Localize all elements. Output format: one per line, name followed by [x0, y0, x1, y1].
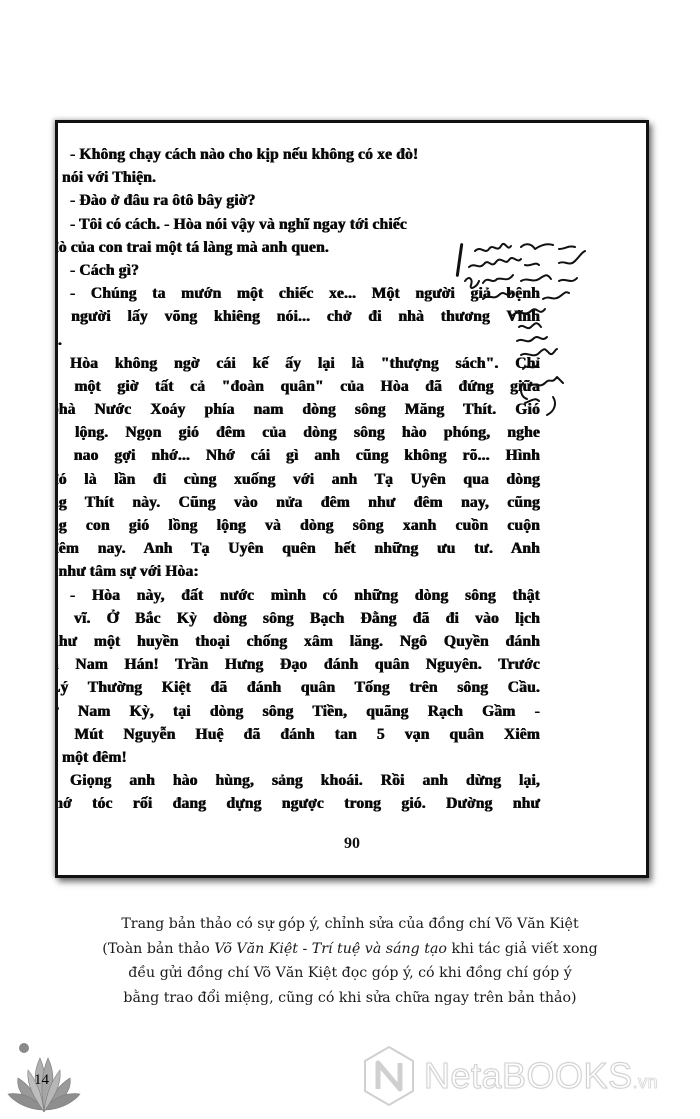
manuscript-line: n Nam Hán! Trần Hưng Đạo đánh quân Nguyê…: [55, 653, 540, 676]
manuscript-line: đêm nay. Anh Tạ Uyên quên hết những ưu t…: [55, 537, 540, 560]
caption-line: đều gửi đồng chí Võ Văn Kiệt đọc góp ý, …: [60, 961, 640, 986]
manuscript-line: g một đêm!: [55, 746, 540, 769]
manuscript-line: Lý Thường Kiệt đã đánh quân Tống trên sô…: [55, 676, 540, 699]
manuscript-line: - Không chạy cách nào cho kịp nếu không …: [55, 143, 540, 166]
caption-text: khi tác giả viết xong: [447, 941, 598, 957]
watermark-brand: NetaBOOKS: [424, 1055, 633, 1096]
manuscript-line: - Hòa này, đất nước mình có những dòng s…: [55, 584, 540, 607]
caption-book-title: Võ Văn Kiệt - Trí tuệ và sáng tạo: [214, 941, 447, 957]
manuscript-line: ng Thít này. Cũng vào nửa đêm như đêm na…: [55, 491, 540, 514]
caption-line: (Toàn bản thảo Võ Văn Kiệt - Trí tuệ và …: [60, 937, 640, 962]
manuscript-line: ở Nam Kỳ, tại dòng sông Tiền, quãng Rạch…: [55, 700, 540, 723]
manuscript-line: i như tâm sự với Hòa:: [55, 560, 540, 583]
manuscript-line: đó là lần đi cùng xuống với anh Tạ Uyên …: [55, 468, 540, 491]
manuscript-line: g lộng. Ngọn gió đêm của dòng sông hào p…: [55, 421, 540, 444]
manuscript-line: mớ tóc rối đang dựng ngược trong gió. Dư…: [55, 792, 540, 815]
caption-line: Trang bản thảo có sự góp ý, chỉnh sửa củ…: [60, 912, 640, 937]
caption-text: (Toàn bản thảo: [102, 941, 214, 957]
book-page-number: 14: [34, 1072, 49, 1089]
manuscript-line: như một huyền thoại chống xâm lăng. Ngô …: [55, 630, 540, 653]
manuscript-scan: - Không chạy cách nào cho kịp nếu không …: [55, 120, 649, 878]
manuscript-line: a nói với Thiện.: [55, 166, 540, 189]
manuscript-page-number: 90: [58, 835, 646, 853]
manuscript-line: i Mút Nguyễn Huệ đã đánh tan 5 vạn quân …: [55, 723, 540, 746]
watermark-domain: .vn: [633, 1072, 659, 1092]
manuscript-line: ng con gió lồng lộng và dòng sông xanh c…: [55, 514, 540, 537]
manuscript-line: Giọng anh hào hùng, sảng khoái. Rồi anh …: [55, 769, 540, 792]
netabooks-watermark: NetaBOOKS.vn: [362, 1044, 692, 1108]
manuscript-line: - Đào ở đâu ra ôtô bây giờ?: [55, 189, 540, 212]
handwritten-note-icon: [463, 241, 648, 421]
caption-line: bằng trao đổi miệng, cũng có khi sửa chữ…: [60, 986, 640, 1011]
manuscript-line: a nao gợi nhớ... Nhớ cái gì anh cũng khô…: [55, 444, 540, 467]
manuscript-line: g vĩ. Ở Bắc Kỳ dòng sông Bạch Đằng đã đi…: [55, 607, 540, 630]
figure-caption: Trang bản thảo có sự góp ý, chỉnh sửa củ…: [60, 912, 640, 1010]
watermark-text: NetaBOOKS.vn: [424, 1055, 658, 1097]
netabooks-logo-icon: [362, 1045, 416, 1107]
manuscript-line: - Tôi có cách. - Hòa nói vậy và nghĩ nga…: [55, 213, 540, 236]
